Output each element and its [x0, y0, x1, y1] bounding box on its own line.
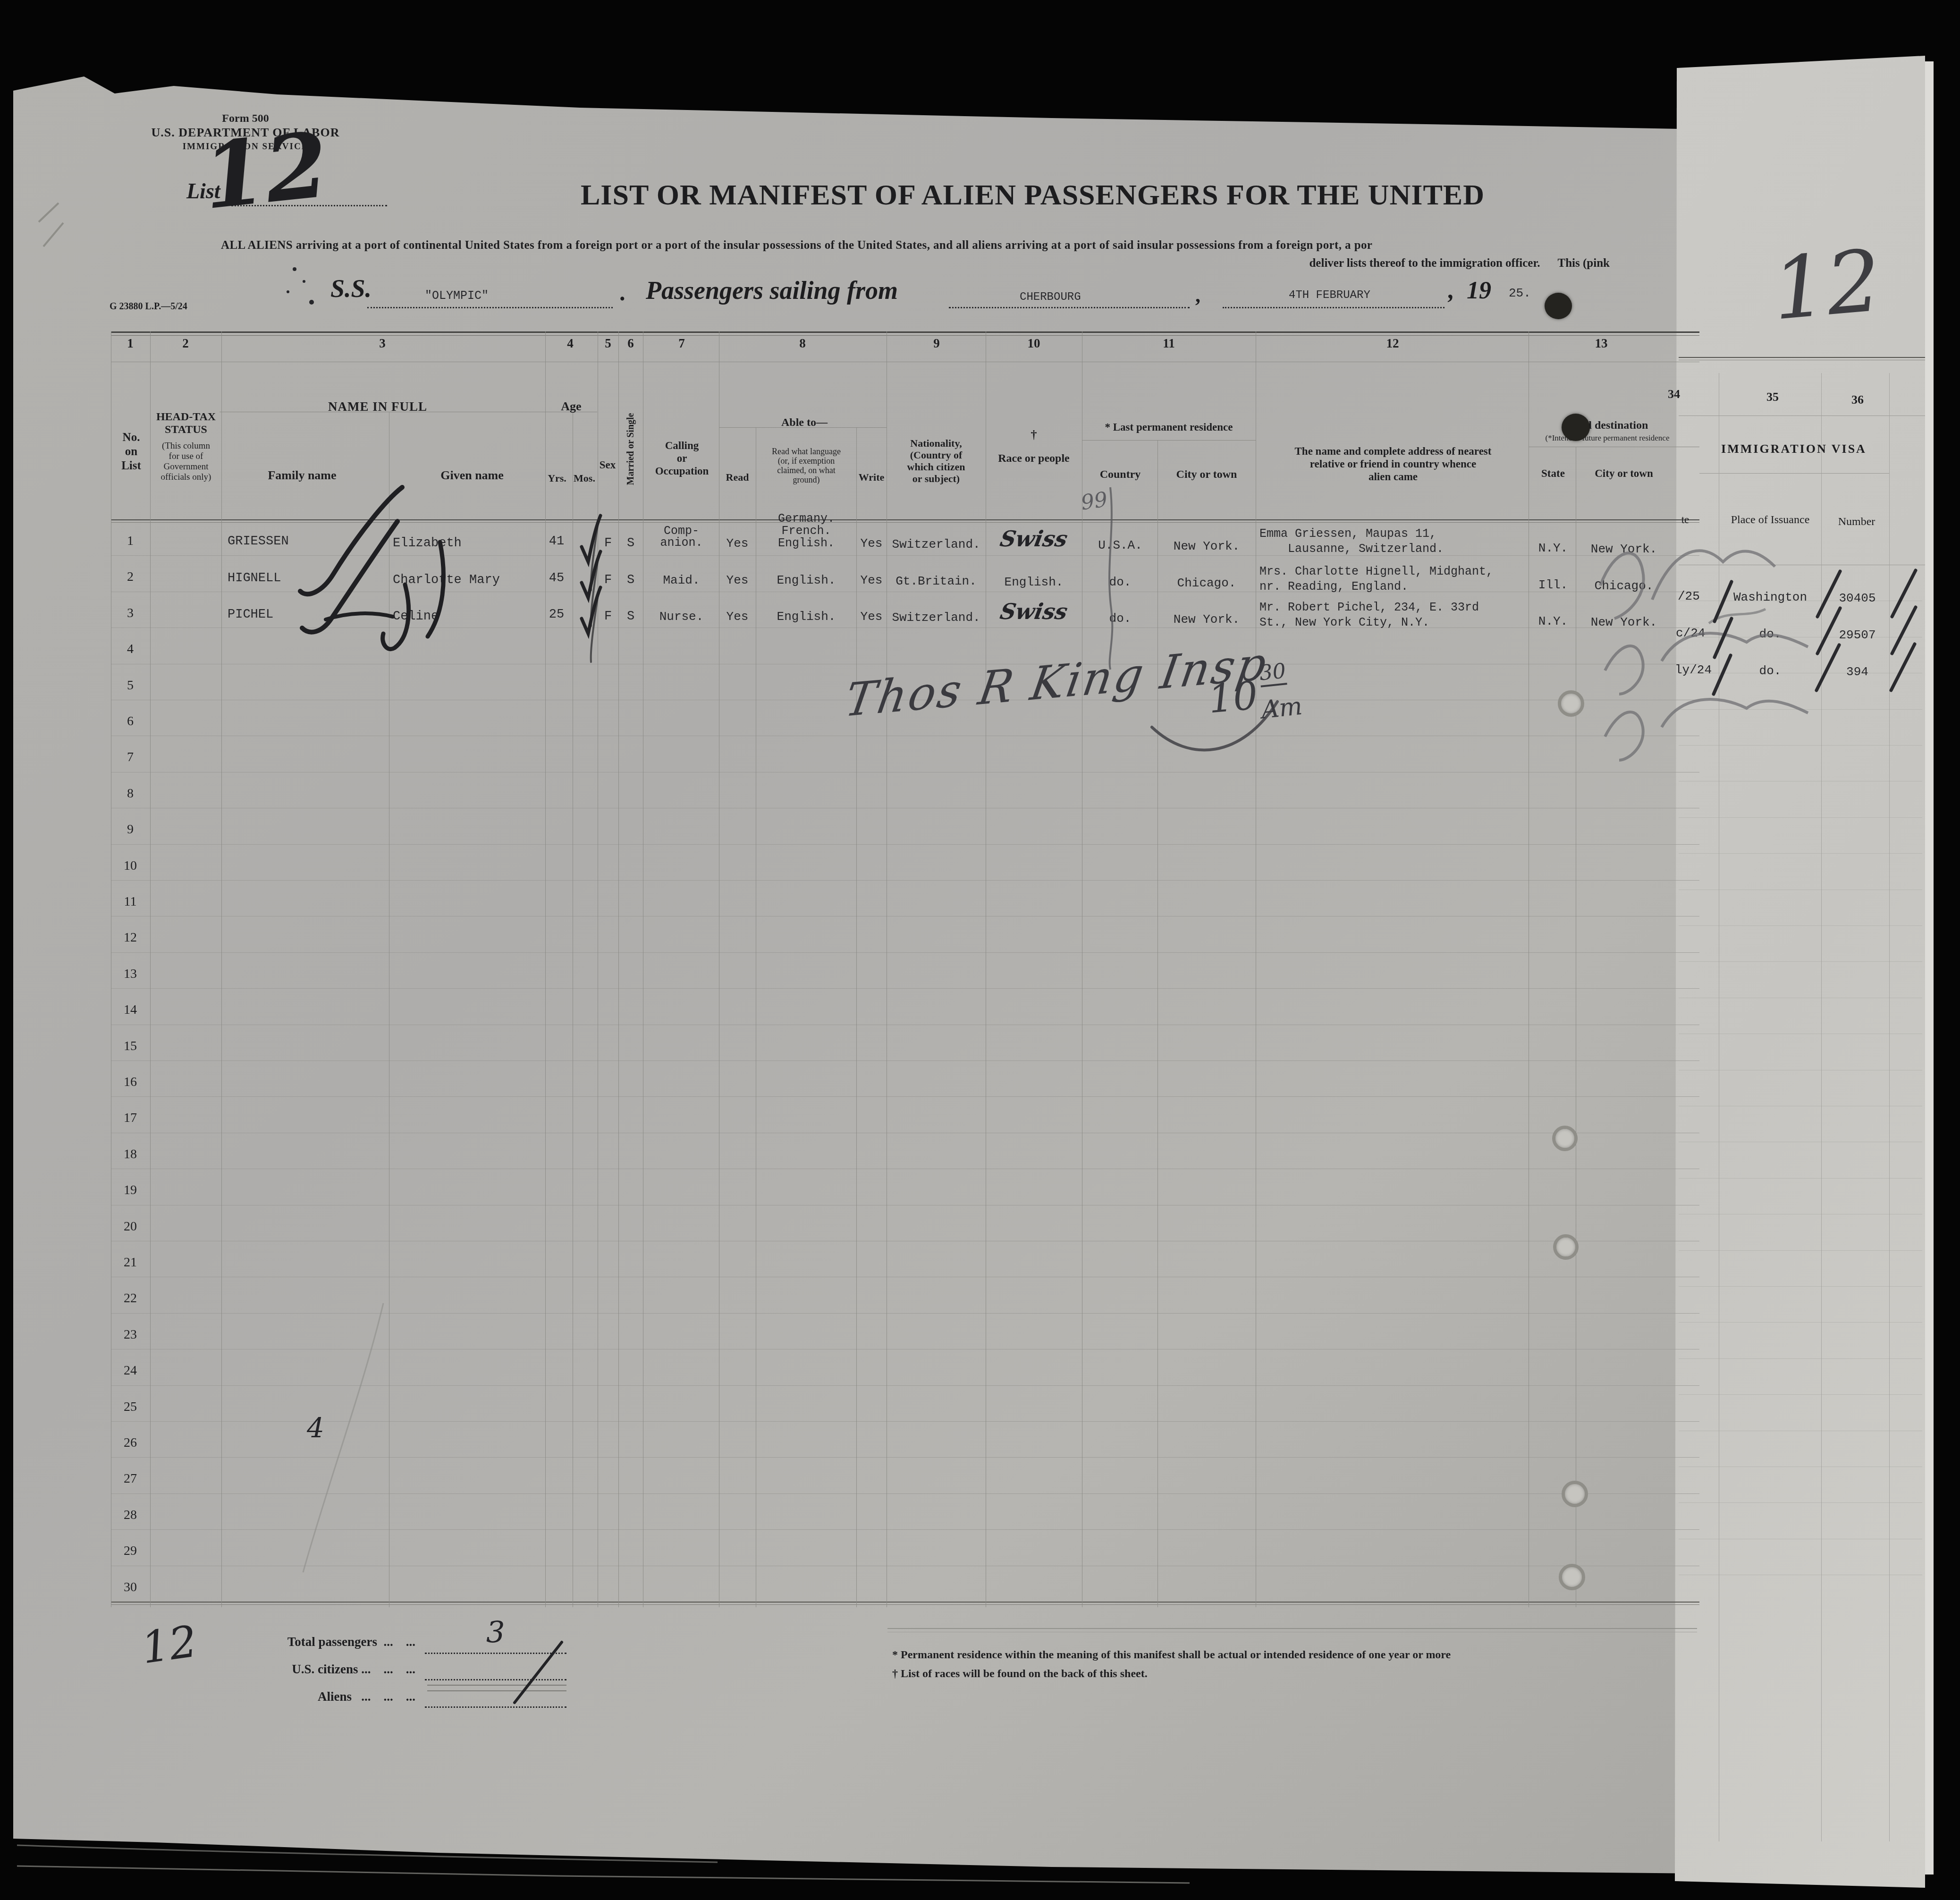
grid-line	[1679, 1178, 1922, 1179]
grid-line	[111, 1277, 1699, 1277]
grid-line	[111, 952, 1699, 953]
header-sex: Sex	[597, 459, 618, 471]
inspector-time-am: Am	[1260, 692, 1304, 725]
row-number: 12	[113, 930, 147, 945]
row-number: 15	[113, 1039, 147, 1054]
grid-line	[1157, 440, 1158, 1607]
cell-yrs: 45	[543, 571, 570, 585]
row-number: 20	[113, 1219, 147, 1234]
grid-line	[111, 1457, 1699, 1458]
cell-marital: S	[619, 573, 642, 587]
grid-line	[643, 331, 643, 1607]
grid-line	[1821, 373, 1822, 1841]
hole-punch-dark	[1545, 293, 1572, 319]
hole-punch-ring	[1558, 690, 1584, 717]
header-write: Write	[856, 471, 887, 483]
grid-line	[598, 331, 598, 1607]
grid-line	[1679, 925, 1922, 926]
grid-line	[887, 1632, 1697, 1632]
cell-race-handwritten: Swiss	[987, 599, 1081, 624]
grid-line	[1679, 1431, 1922, 1431]
grid-line	[1679, 1214, 1922, 1214]
visa-date: ly/24	[1675, 663, 1712, 677]
header-final-destination-sub: (*Intended future permanent residence	[1529, 433, 1685, 443]
grid-line	[1679, 1575, 1922, 1575]
header-read-language: Read what language(or, if exemption clai…	[757, 447, 855, 484]
grid-line	[111, 519, 1699, 520]
header-calling: CallingorOccupation	[645, 439, 719, 477]
cell-nationality: Gt.Britain.	[887, 574, 985, 588]
grid-line	[150, 331, 151, 1607]
row-number: 22	[113, 1291, 147, 1306]
grid-line	[1679, 1142, 1922, 1142]
corner-handwritten-mark: 12	[138, 1616, 200, 1673]
citizens-underline	[425, 1662, 566, 1680]
header-country: Country	[1083, 468, 1157, 481]
grid-line	[1679, 961, 1922, 962]
header-dest-state: State	[1529, 467, 1577, 480]
header-dest-city: City or town	[1577, 467, 1671, 480]
table-grid	[0, 0, 1960, 1900]
grid-line	[1679, 1070, 1922, 1070]
row-number: 24	[113, 1363, 147, 1378]
grid-line	[111, 1241, 1699, 1241]
header-head-tax: HEAD-TAXSTATUS (This columnfor use of Go…	[151, 411, 221, 483]
cell-read: Yes	[720, 573, 754, 587]
cell-dest-state: Ill.	[1529, 578, 1577, 592]
grid-line	[618, 331, 619, 1607]
column-number: 4	[551, 336, 589, 351]
header-relative-address: The name and complete address of nearest…	[1259, 445, 1527, 483]
grid-line	[1082, 331, 1082, 1607]
cell-marital: S	[619, 536, 642, 551]
column-number: 9	[918, 336, 955, 351]
cell-calling: Comp-anion.	[645, 525, 718, 549]
row-number: 27	[113, 1471, 147, 1486]
cell-relative-1: Emma Griessen, Maupas 11,	[1259, 527, 1527, 541]
visa-place: do.	[1723, 627, 1817, 641]
visa-col-36: 36	[1832, 393, 1884, 407]
row25-handwritten-4: 4	[307, 1412, 324, 1444]
grid-line	[1679, 416, 1925, 416]
cell-write: Yes	[857, 573, 886, 587]
row-number: 18	[113, 1147, 147, 1162]
grid-line	[1082, 440, 1256, 441]
row-number: 1	[113, 534, 147, 549]
grid-line	[1679, 817, 1922, 818]
cell-given: Charlotte Mary	[393, 573, 534, 587]
grid-line	[756, 427, 756, 1607]
grid-line	[111, 1205, 1699, 1205]
cell-sex: F	[598, 536, 618, 551]
grid-line	[221, 331, 222, 1607]
grid-line	[1679, 357, 1925, 358]
cell-family: GRIESSEN	[228, 534, 383, 549]
grid-line	[111, 331, 1699, 333]
row-number: 10	[113, 858, 147, 874]
grid-line	[1679, 1106, 1922, 1106]
aliens-underline	[425, 1689, 566, 1708]
cell-family: HIGNELL	[228, 571, 383, 585]
row-number: 26	[113, 1435, 147, 1450]
cell-relative-2: Lausanne, Switzerland.	[1288, 542, 1527, 556]
column-number: 12	[1374, 336, 1411, 351]
header-given-name: Given name	[415, 468, 529, 483]
grid-line	[1529, 447, 1699, 447]
header-city-town: City or town	[1157, 468, 1256, 481]
cell-city: New York.	[1158, 539, 1255, 553]
grid-line	[1679, 1250, 1922, 1251]
header-no-on-list: No.onList	[113, 431, 149, 473]
grid-line	[111, 772, 1699, 772]
column-number: 10	[1015, 336, 1053, 351]
column-number: 1	[111, 336, 149, 351]
cell-city: New York.	[1158, 612, 1255, 627]
header-name-in-full: NAME IN FULL	[222, 399, 533, 414]
cell-languages: English.	[757, 610, 855, 624]
row-number: 23	[113, 1327, 147, 1342]
us-citizens-label: U.S. citizens ... ... ...	[198, 1662, 415, 1677]
footnote-1: * Permanent residence within the meaning…	[892, 1649, 1451, 1662]
grid-line	[111, 1349, 1699, 1349]
hole-punch-ring	[1552, 1126, 1578, 1151]
grid-line	[111, 1025, 1699, 1025]
grid-line	[1699, 473, 1889, 474]
row-number: 7	[113, 750, 147, 765]
column-number: 6	[612, 336, 650, 351]
grid-line	[111, 335, 1699, 336]
visa-place: do.	[1723, 664, 1817, 678]
grid-line	[111, 736, 1699, 736]
cell-read: Yes	[720, 536, 754, 551]
cell-dest-city: New York.	[1577, 615, 1671, 629]
row-number: 28	[113, 1508, 147, 1523]
cell-sex: F	[598, 610, 618, 624]
row-number: 2	[113, 569, 147, 585]
header-married-single: Married or Single	[625, 410, 638, 488]
aliens-label: Aliens ... ... ...	[198, 1689, 415, 1704]
grid-line	[111, 331, 111, 1607]
cell-race-typed: English.	[987, 575, 1081, 589]
grid-line	[545, 331, 546, 1607]
grid-line	[1529, 331, 1529, 1607]
footnote-2: † List of races will be found on the bac…	[892, 1668, 1148, 1680]
header-final-destination: Final destination	[1529, 419, 1685, 432]
hole-punch-dark	[1562, 414, 1590, 441]
visa-number-header: Number	[1825, 516, 1888, 528]
cell-family: PICHEL	[228, 608, 383, 622]
grid-line	[111, 362, 1699, 362]
row-number: 8	[113, 786, 147, 801]
column-number: 11	[1150, 336, 1188, 351]
cell-yrs: 41	[543, 534, 570, 549]
grid-line	[111, 916, 1699, 916]
cell-given: Elizabeth	[393, 536, 534, 551]
grid-line	[111, 664, 1699, 664]
row-number: 13	[113, 967, 147, 982]
visa-col-35: 35	[1747, 390, 1799, 404]
visa-date: /25	[1678, 589, 1700, 603]
grid-line	[111, 1421, 1699, 1422]
total-passengers-label: Total passengers ... ...	[198, 1635, 415, 1649]
grid-line	[1679, 360, 1925, 360]
grid-line	[1679, 565, 1925, 565]
cell-sex: F	[598, 573, 618, 587]
grid-line	[1679, 1467, 1922, 1467]
row-number: 30	[113, 1580, 147, 1595]
header-race-dagger: †	[987, 428, 1081, 442]
visa-number: 394	[1828, 665, 1887, 679]
grid-line	[887, 331, 887, 1607]
cell-calling: Nurse.	[645, 610, 718, 624]
grid-line	[1679, 1286, 1922, 1287]
grid-line	[1256, 331, 1256, 1607]
row-number: 17	[113, 1111, 147, 1126]
grid-line	[1679, 709, 1922, 710]
grid-line	[111, 1566, 1699, 1566]
header-family-name: Family name	[245, 468, 359, 483]
total-value-handwritten: 3	[486, 1615, 505, 1649]
cell-relative-2: St., New York City, N.Y.	[1259, 616, 1527, 629]
row-number: 5	[113, 678, 147, 693]
hole-punch-ring	[1559, 1564, 1585, 1590]
cell-write: Yes	[857, 536, 886, 551]
cell-relative-1: Mrs. Charlotte Hignell, Midghant,	[1259, 565, 1527, 578]
row-number: 19	[113, 1183, 147, 1198]
cell-dest-city: New York.	[1577, 542, 1671, 556]
row-number: 14	[113, 1002, 147, 1018]
row-number: 9	[113, 822, 147, 837]
header-able-to: Able to—	[722, 416, 887, 429]
grid-line	[1679, 1539, 1922, 1539]
grid-line	[1679, 998, 1922, 998]
grid-line	[1679, 745, 1922, 746]
header-race: Race or people	[987, 452, 1081, 465]
grid-line	[1889, 373, 1890, 1841]
grid-line	[1679, 1502, 1922, 1503]
grid-line	[1679, 1394, 1922, 1395]
hole-punch-ring	[1553, 1234, 1579, 1260]
grid-line	[111, 880, 1699, 881]
grid-line	[111, 1096, 1699, 1097]
cell-nationality: Switzerland.	[887, 611, 985, 625]
grid-line	[1679, 890, 1922, 890]
cell-race-handwritten: Swiss	[987, 526, 1081, 551]
visa-page-number: 12	[1768, 231, 1884, 339]
cell-relative-2: nr. Reading, England.	[1259, 580, 1527, 594]
grid-line	[111, 522, 1699, 523]
cell-country: do.	[1084, 575, 1157, 589]
grid-line	[573, 412, 573, 1607]
grid-line	[1679, 1034, 1922, 1034]
grid-line	[111, 1385, 1699, 1386]
row-number: 4	[113, 642, 147, 657]
header-age: Age	[545, 399, 597, 414]
inspector-time-10: 10	[1207, 673, 1259, 722]
pencil-99-mark: 99	[1080, 487, 1109, 515]
visa-number: 30405	[1828, 591, 1887, 605]
grid-line	[111, 808, 1699, 808]
header-mos: Mos.	[571, 472, 598, 484]
row-number: 6	[113, 714, 147, 729]
grid-line	[986, 331, 986, 1607]
cell-country: do.	[1084, 611, 1157, 626]
scanned-manifest-page: Form 500 U.S. DEPARTMENT OF LABOR IMMIGR…	[0, 0, 1960, 1900]
column-number: 8	[784, 336, 821, 351]
grid-line	[111, 1602, 1699, 1603]
cell-yrs: 25	[543, 608, 570, 622]
hole-punch-ring	[1562, 1481, 1588, 1507]
row-number: 21	[113, 1255, 147, 1270]
cell-dest-state: N.Y.	[1529, 614, 1577, 628]
cell-dest-city: Chicago.	[1577, 579, 1671, 593]
row-number: 25	[113, 1400, 147, 1415]
grid-line	[111, 988, 1699, 989]
grid-line	[1679, 1322, 1922, 1323]
grid-line	[1719, 373, 1719, 1841]
grid-line	[1679, 1358, 1922, 1359]
cell-languages: Germany.French.English.	[757, 513, 855, 550]
grid-line	[111, 844, 1699, 845]
cell-dest-state: N.Y.	[1529, 541, 1577, 555]
grid-line	[856, 427, 857, 1607]
grid-line	[719, 331, 719, 1607]
grid-line	[111, 1493, 1699, 1494]
grid-line	[1679, 781, 1922, 781]
row-number: 11	[113, 894, 147, 909]
header-yrs: Yrs.	[543, 472, 571, 484]
header-last-residence: * Last permanent residence	[1083, 421, 1255, 433]
header-read: Read	[719, 471, 755, 483]
visa-place: Washington	[1723, 590, 1817, 604]
grid-line	[111, 1604, 1699, 1605]
inspector-time-30: 30	[1258, 659, 1287, 687]
cell-given: Celine	[393, 610, 534, 624]
cell-city: Chicago.	[1158, 576, 1255, 590]
column-number: 3	[363, 336, 401, 351]
cell-relative-1: Mr. Robert Pichel, 234, E. 33rd	[1259, 601, 1527, 614]
grid-line	[111, 1313, 1699, 1314]
column-number: 13	[1582, 336, 1620, 351]
grid-line	[111, 1169, 1699, 1169]
visa-place-header: Place of Issuance	[1723, 514, 1817, 526]
visa-col-34: 34	[1660, 387, 1688, 401]
grid-line	[389, 412, 389, 1607]
visa-title: IMMIGRATION VISA	[1699, 442, 1888, 456]
grid-line	[1679, 853, 1922, 854]
row-number: 16	[113, 1075, 147, 1090]
cell-calling: Maid.	[645, 573, 718, 587]
citizens-rule	[427, 1685, 566, 1686]
visa-number: 29507	[1828, 628, 1887, 642]
visa-date-header-fragment: te	[1675, 514, 1696, 526]
grid-line	[887, 1628, 1697, 1629]
grid-line	[111, 1133, 1699, 1133]
row-number: 29	[113, 1544, 147, 1559]
cell-marital: S	[619, 610, 642, 624]
row-number: 3	[113, 606, 147, 621]
cell-read: Yes	[720, 610, 754, 624]
cell-nationality: Switzerland.	[887, 537, 985, 551]
visa-date: c/24	[1676, 626, 1705, 640]
cell-languages: English.	[757, 573, 855, 587]
column-number: 2	[167, 336, 204, 351]
cell-write: Yes	[857, 610, 886, 624]
grid-line	[111, 1060, 1699, 1061]
grid-line	[111, 1529, 1699, 1530]
header-nationality: Nationality,(Country of which citizenor …	[887, 437, 985, 484]
column-number: 7	[663, 336, 701, 351]
cell-country: U.S.A.	[1084, 538, 1157, 552]
